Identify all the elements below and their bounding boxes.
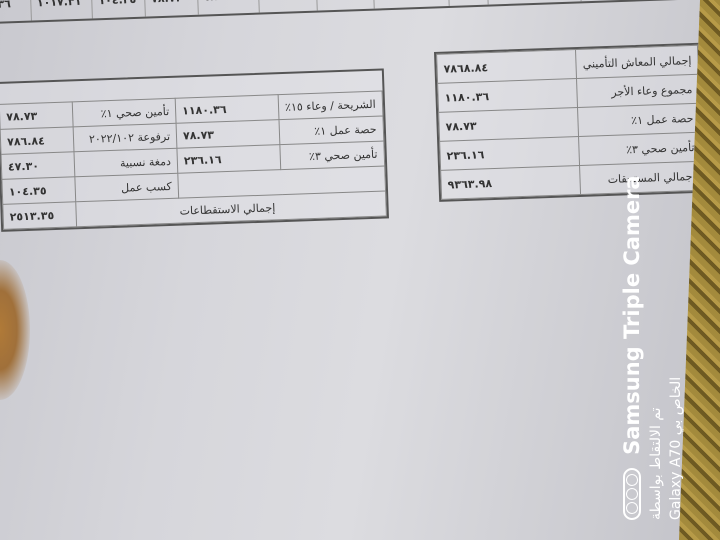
camera-watermark: Samsung Triple Camera تم الالتقاط بواسطة…	[620, 175, 644, 520]
top-value-1: ٤٧.٣٠	[258, 0, 316, 13]
finger-shadow	[0, 260, 30, 400]
top-value-0: ٧٨٦٨.٨٤	[373, 0, 449, 9]
deductions-box: ٧٨.٧٣ تأمين صحي ١٪ ١١٨٠.٣٦ الشريحة / وعا…	[0, 68, 389, 231]
total-label: الإجمالي	[579, 0, 690, 1]
summary-box: ٧٨٦٨.٨٤إجمالي المعاش التأميني ١١٨٠.٣٦مجم…	[434, 43, 705, 202]
top-value-4: ١٠٤.٣٥	[91, 0, 145, 18]
employees-count: ١٠	[447, 0, 487, 6]
watermark-line2: Galaxy A70 الخاص بي	[668, 377, 684, 520]
top-value-6: ٣٦	[0, 0, 30, 22]
paper-document: الإجمالي عدد العاملين ١٠ ٧٨٦٨.٨٤ ٤٧.٣٠ ٧…	[0, 0, 700, 540]
top-value-5: ١٠١٧.٣١	[30, 0, 93, 21]
triple-camera-icon	[623, 468, 641, 520]
top-value-2: ٧٨٦.٨٤	[197, 0, 260, 15]
deductions-total-value: ٢٥١٣.٣٥	[3, 202, 77, 230]
employees-label: عدد العاملين	[487, 0, 580, 5]
watermark-line1: تم الالتقاط بواسطة	[648, 407, 664, 520]
totals-row: الإجمالي عدد العاملين ١٠ ٧٨٦٨.٨٤ ٤٧.٣٠ ٧…	[0, 0, 691, 24]
top-value-3: ٧٨.٧٣	[144, 0, 198, 17]
watermark-title: Samsung Triple Camera	[620, 175, 644, 455]
